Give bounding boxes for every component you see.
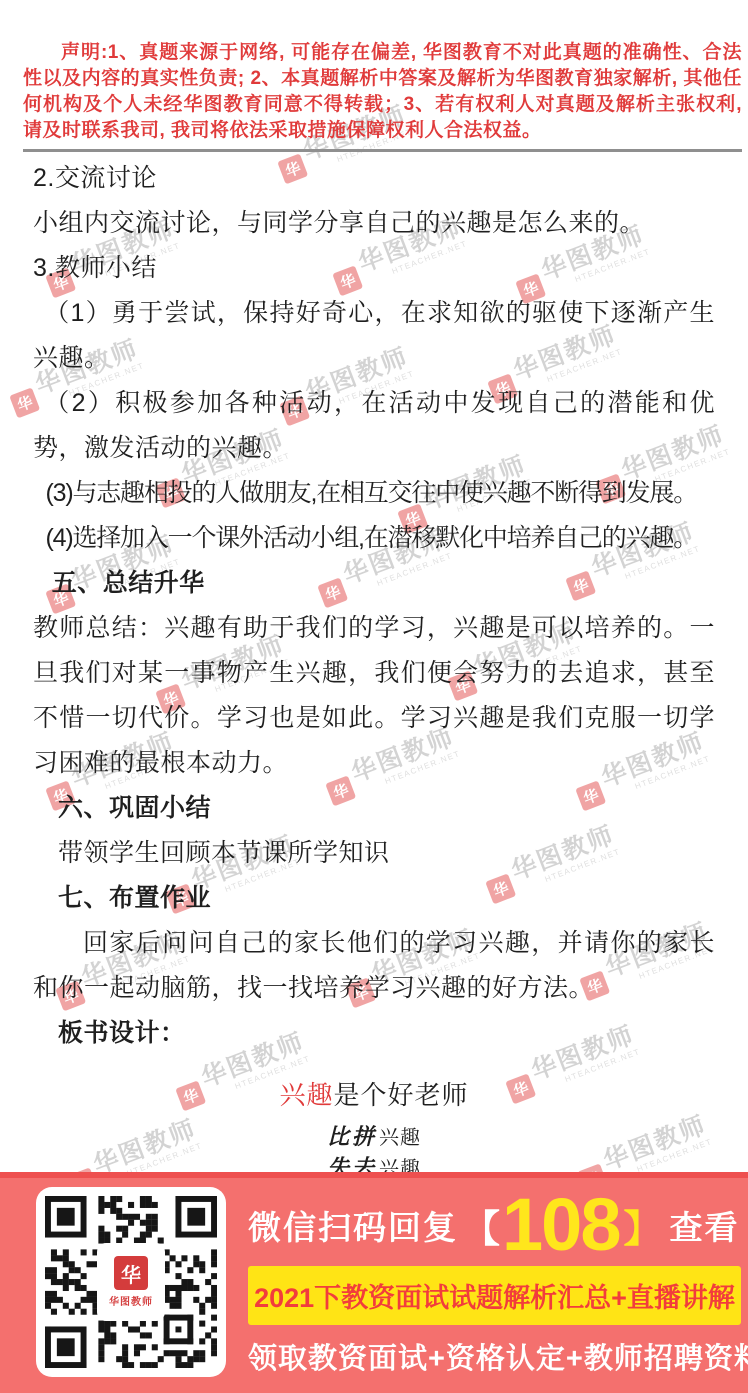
huatu-logo-icon: 华 xyxy=(114,1256,148,1290)
disclaimer-text: 声明:1、真题来源于网络, 可能存在偏差, 华图教育不对此真题的准确性、合法性以… xyxy=(23,40,742,144)
paragraph-teacher-conclusion: 教师总结：兴趣有助于我们的学习，兴趣是可以培养的。一旦我们对某一事物产生兴趣，我… xyxy=(33,606,715,786)
section-heading-5: 五、总结升华 xyxy=(33,561,715,606)
list-item-2: （2）积极参加各种活动，在活动中发现自己的潜能和优势，激发活动的兴趣。 xyxy=(33,381,715,471)
paragraph-teacher-summary-head: 3.教师小结 xyxy=(33,246,715,291)
section-heading-6: 六、巩固小结 xyxy=(33,786,715,831)
bracket-open: 【 xyxy=(462,1198,500,1253)
banner-headline: 微信扫码回复 【 108 】 查看 xyxy=(248,1184,741,1266)
reply-code: 108 xyxy=(502,1188,619,1262)
paragraph-review: 带领学生回顾本节课所学知识 xyxy=(33,831,715,876)
board-design-heading: 板书设计： xyxy=(33,1011,715,1056)
list-item-1: （1）勇于尝试，保持好奇心，在求知欲的驱使下逐渐产生兴趣。 xyxy=(33,291,715,381)
promo-banner[interactable]: 华 华图教师 微信扫码回复 【 108 】 查看 2021下教资面试试题解析汇总… xyxy=(0,1172,748,1393)
headline-suffix: 查看 xyxy=(670,1202,740,1249)
list-item-4: (4)选择加入一个课外活动小组,在潜移默化中培养自己的兴趣。 xyxy=(33,516,715,561)
headline-prefix: 微信扫码回复 xyxy=(248,1202,458,1249)
paragraph-discussion-detail: 小组内交流讨论，与同学分享自己的兴趣是怎么来的。 xyxy=(33,201,715,246)
document-page: 华华图教师HTEACHER.NET华华图教师HTEACHER.NET华华图教师H… xyxy=(0,0,748,1393)
qr-code[interactable]: 华 华图教师 xyxy=(36,1187,226,1377)
list-item-3: (3)与志趣相投的人做朋友,在相互交往中使兴趣不断得到发展。 xyxy=(33,471,715,516)
banner-text: 微信扫码回复 【 108 】 查看 2021下教资面试试题解析汇总+直播讲解 领… xyxy=(248,1178,741,1377)
bracket-close: 】 xyxy=(623,1198,661,1253)
lesson-content: 2.交流讨论 小组内交流讨论，与同学分享自己的兴趣是怎么来的。 3.教师小结 （… xyxy=(0,152,748,1215)
paragraph-homework: 回家后问问自己的家长他们的学习兴趣，并请你的家长和你一起动脑筋，找一找培养学习兴… xyxy=(33,921,715,1011)
qr-logo-caption: 华图教师 xyxy=(109,1293,153,1308)
board-title-rest: 是个好老师 xyxy=(334,1080,469,1110)
disclaimer-section: 声明:1、真题来源于网络, 可能存在偏差, 华图教育不对此真题的准确性、合法性以… xyxy=(0,0,748,152)
banner-subline: 领取教资面试+资格认定+教师招聘资料 xyxy=(248,1336,741,1377)
banner-highlight: 2021下教资面试试题解析汇总+直播讲解 xyxy=(248,1266,741,1325)
section-heading-7: 七、布置作业 xyxy=(33,876,715,921)
huatu-qr-logo: 华 华图教师 xyxy=(100,1246,162,1318)
board-item: 比拼兴趣 xyxy=(33,1122,715,1153)
board-title-accent: 兴趣 xyxy=(279,1080,333,1110)
paragraph-step-discussion: 2.交流讨论 xyxy=(33,156,715,201)
board-title: 兴趣是个好老师 xyxy=(33,1080,715,1110)
